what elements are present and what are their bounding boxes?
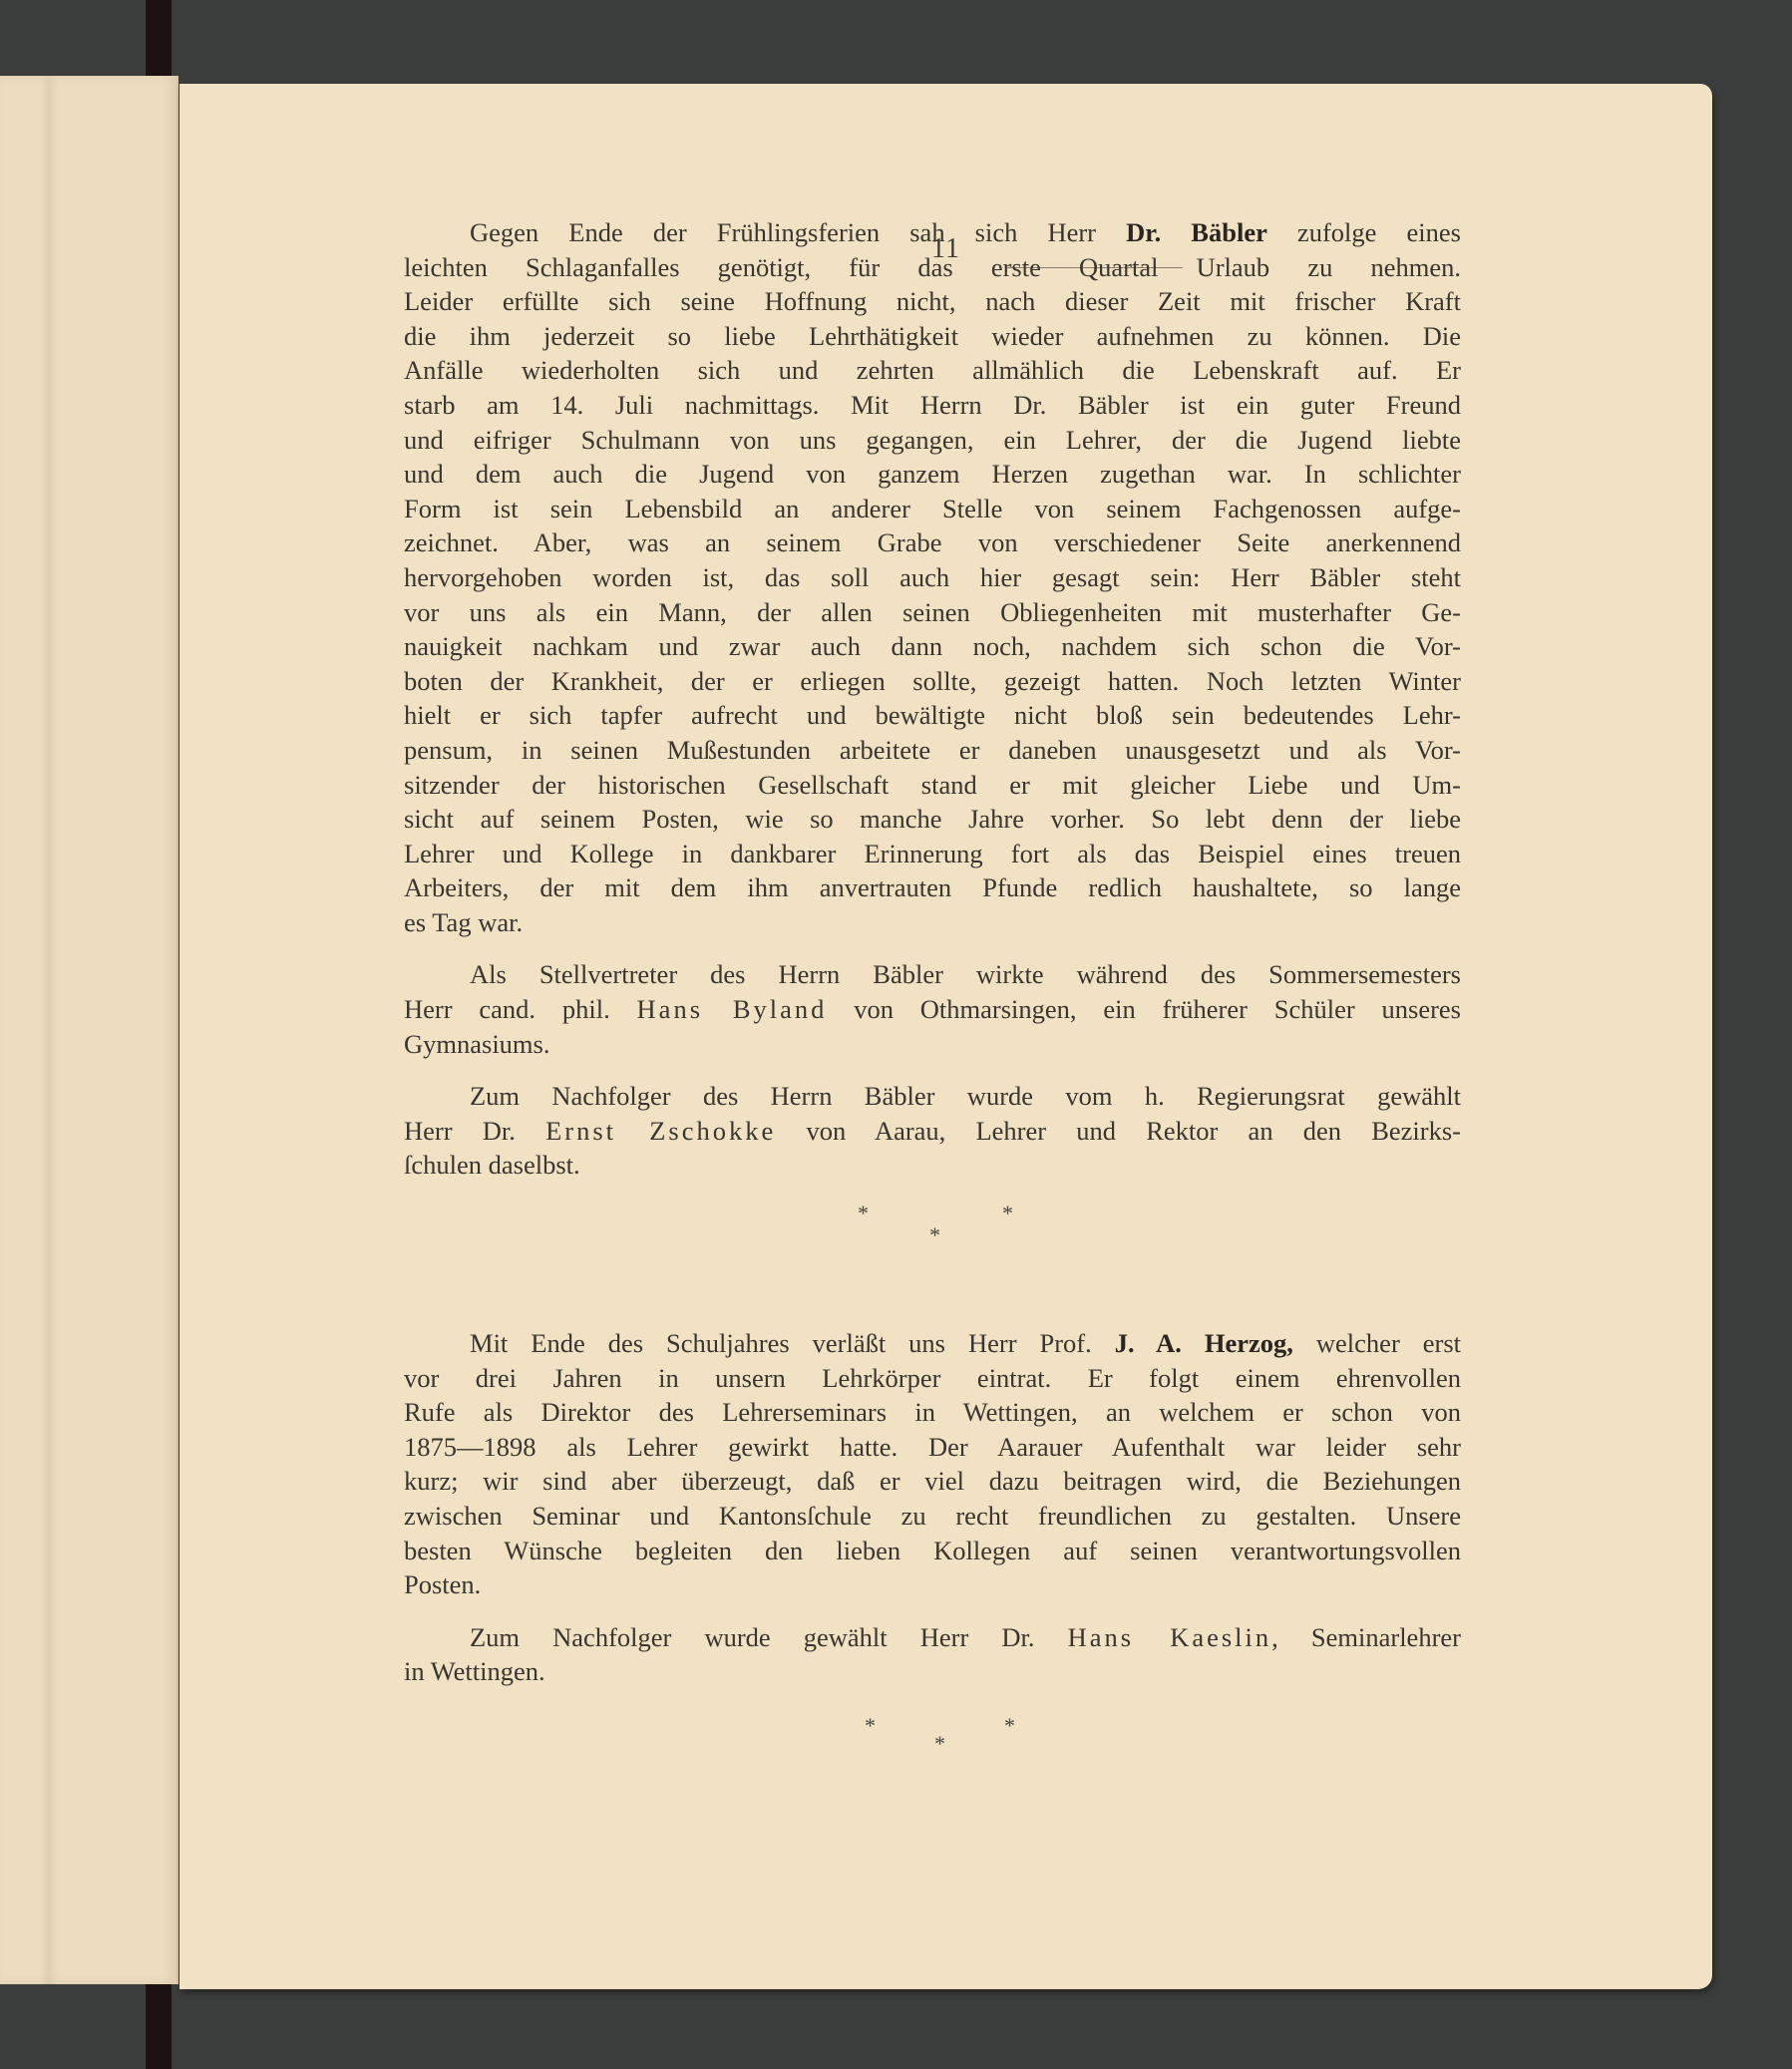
text-line: Mit Ende des Schuljahres verläßt uns Her… (404, 1326, 1461, 1361)
paragraph: Mit Ende des Schuljahres verläßt uns Her… (404, 1326, 1461, 1602)
asterism-star: * (865, 1709, 876, 1744)
text-line: Lehrer und Kollege in dankbarer Erinneru… (404, 837, 1461, 871)
name-emphasis: Dr. Bäbler (1126, 217, 1267, 247)
asterism-separator: * * * (404, 1197, 1461, 1266)
body-text: Gegen Ende der Frühlingsferien sah sich … (404, 215, 1461, 1779)
text-line: Herr cand. phil. Hans Byland von Othmars… (404, 992, 1461, 1027)
text-line: Zum Nachfolger des Herrn Bäbler wurde vo… (404, 1079, 1461, 1114)
text-line: Leider erfüllte sich seine Hoffnung nich… (404, 284, 1461, 319)
text-line: es Tag war. (404, 905, 1461, 940)
text-line: sitzender der historischen Gesellschaft … (404, 768, 1461, 803)
text-line: zeichnet. Aber, was an seinem Grabe von … (404, 525, 1461, 560)
text-line: besten Wünsche begleiten den lieben Koll… (404, 1534, 1461, 1568)
asterism-star: * (1004, 1709, 1015, 1744)
section-baebler: Gegen Ende der Frühlingsferien sah sich … (404, 215, 1461, 1183)
text-line: hervorgehoben worden ist, das soll auch … (404, 560, 1461, 595)
text-line: kurz; wir sind aber überzeugt, daß er vi… (404, 1464, 1461, 1499)
left-page-edge (0, 76, 179, 1984)
text-line: nauigkeit nachkam und zwar auch dann noc… (404, 629, 1461, 664)
spacer (404, 1266, 1461, 1326)
name-spaced: Hans Kaeslin (1068, 1622, 1272, 1652)
text-line: Posten. (404, 1567, 1461, 1602)
text-line: und dem auch die Jugend von ganzem Herze… (404, 457, 1461, 492)
text-line: Als Stellvertreter des Herrn Bäbler wirk… (404, 957, 1461, 992)
text-line: boten der Krankheit, der er erliegen sol… (404, 664, 1461, 699)
asterism-separator: * * * (404, 1709, 1461, 1779)
text-line: zwischen Seminar und Kantonsſchule zu re… (404, 1499, 1461, 1534)
section-herzog: Mit Ende des Schuljahres verläßt uns Her… (404, 1326, 1461, 1689)
text-line: vor uns als ein Mann, der allen seinen O… (404, 595, 1461, 630)
asterism-star: * (858, 1197, 869, 1231)
text-line: Zum Nachfolger wurde gewählt Herr Dr. Ha… (404, 1620, 1461, 1655)
text-line: die ihm jederzeit so liebe Lehrthätigkei… (404, 319, 1461, 354)
name-spaced: Ernst Zschokke (545, 1116, 776, 1146)
text-line: Form ist sein Lebensbild an anderer Stel… (404, 492, 1461, 526)
asterism-star: * (934, 1727, 945, 1762)
text-line: in Wettingen. (404, 1654, 1461, 1689)
text-line: Anfälle wiederholten sich und zehrten al… (404, 353, 1461, 388)
name-emphasis: J. A. Herzog, (1115, 1328, 1293, 1358)
asterism-star: * (1002, 1197, 1013, 1231)
text-line: hielt er sich tapfer aufrecht und bewält… (404, 698, 1461, 733)
name-spaced: Hans Byland (637, 994, 828, 1024)
text-line: 1875—1898 als Lehrer gewirkt hatte. Der … (404, 1430, 1461, 1465)
paragraph: Zum Nachfolger wurde gewählt Herr Dr. Ha… (404, 1620, 1461, 1689)
paragraph: Als Stellvertreter des Herrn Bäbler wirk… (404, 957, 1461, 1061)
text-line: Gymnasiums. (404, 1027, 1461, 1062)
text-line: Herr Dr. Ernst Zschokke von Aarau, Lehre… (404, 1114, 1461, 1149)
text-line: starb am 14. Juli nachmittags. Mit Herrn… (404, 388, 1461, 423)
page-crease (40, 76, 58, 1984)
text-line: sicht auf seinem Posten, wie so manche J… (404, 802, 1461, 837)
text-line: leichten Schlaganfalles genötigt, für da… (404, 250, 1461, 285)
text-line: und eifriger Schulmann von uns gegangen,… (404, 423, 1461, 458)
text-line: Arbeiters, der mit dem ihm anvertrauten … (404, 870, 1461, 905)
text-line: pensum, in seinen Mußestunden arbeitete … (404, 733, 1461, 768)
asterism-star: * (929, 1218, 940, 1253)
text-line: Gegen Ende der Frühlingsferien sah sich … (404, 215, 1461, 250)
text-line: vor drei Jahren in unsern Lehrkörper ein… (404, 1361, 1461, 1396)
text-line: ſchulen daselbst. (404, 1148, 1461, 1183)
paragraph: Zum Nachfolger des Herrn Bäbler wurde vo… (404, 1079, 1461, 1183)
text-line: Rufe als Direktor des Lehrerseminars in … (404, 1395, 1461, 1430)
paragraph: Gegen Ende der Frühlingsferien sah sich … (404, 215, 1461, 939)
